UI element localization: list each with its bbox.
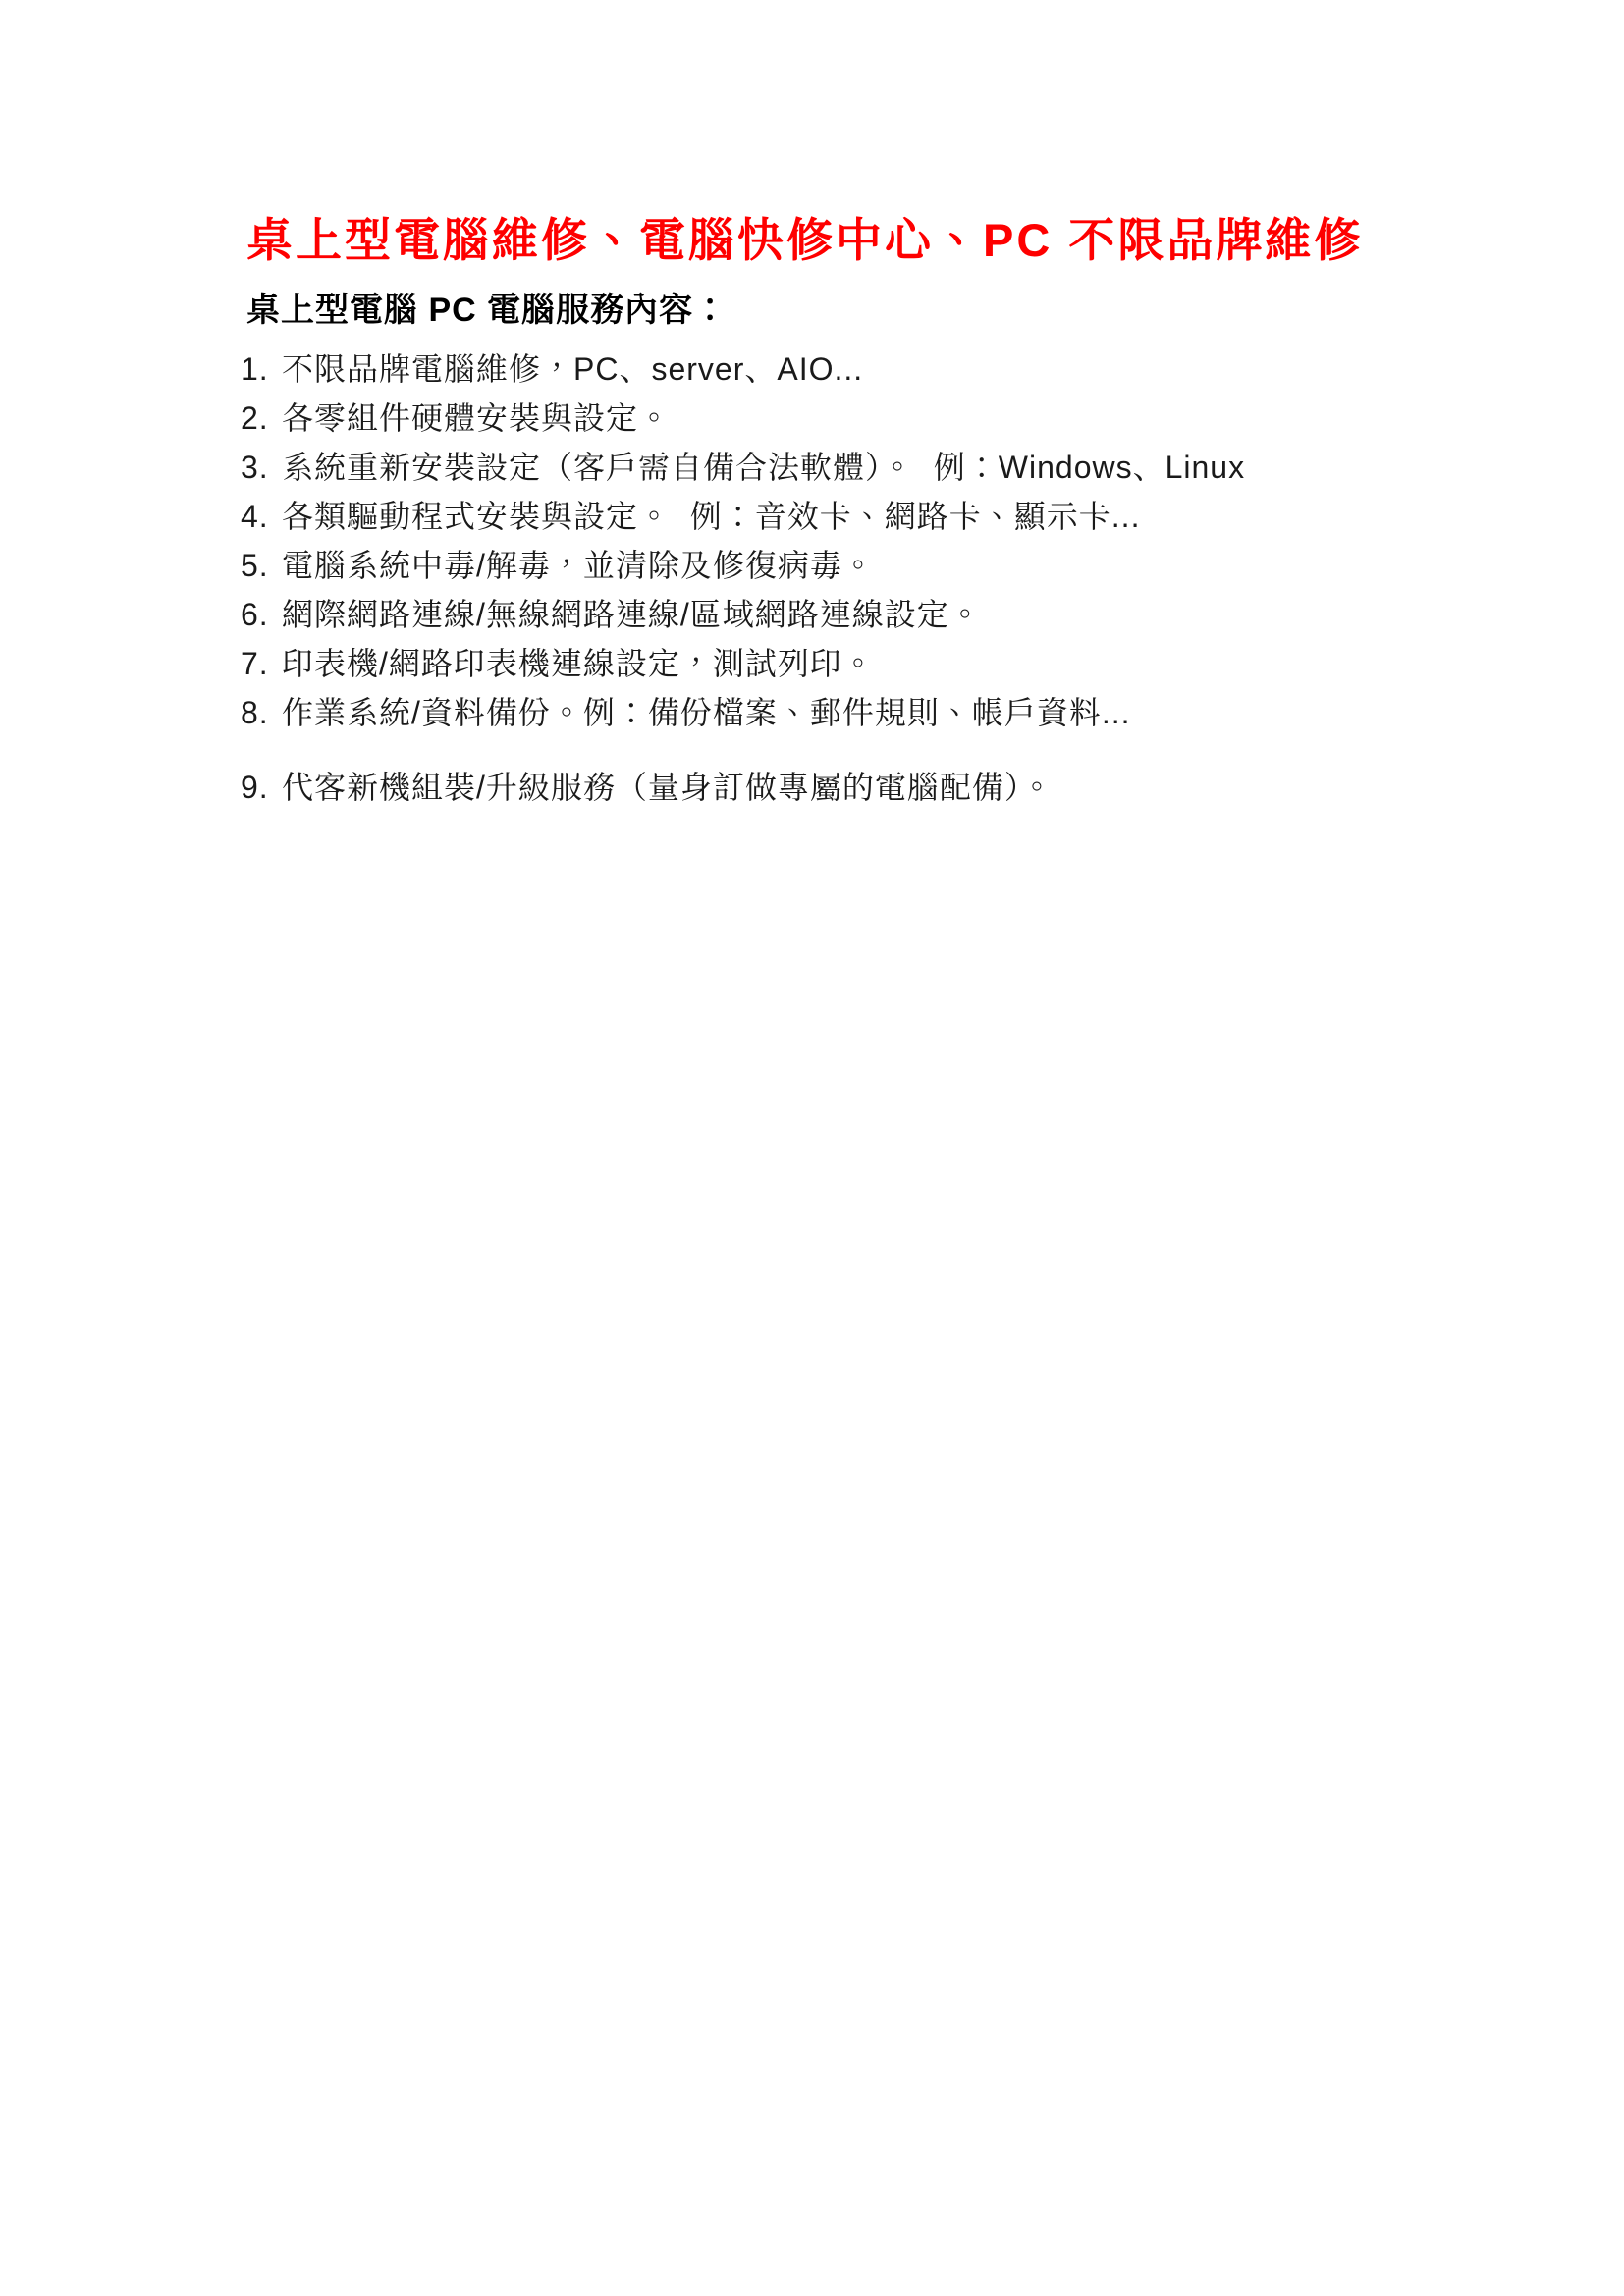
list-item-text: 各零組件硬體安裝與設定。 bbox=[282, 394, 671, 443]
list-item: 4. 各類驅動程式安裝與設定。 例：音效卡、網路卡、顯示卡... bbox=[241, 492, 1477, 541]
list-item-number: 5. bbox=[241, 541, 282, 590]
list-item: 2. 各零組件硬體安裝與設定。 bbox=[241, 394, 1477, 443]
list-item-text: 不限品牌電腦維修，PC、server、AIO... bbox=[282, 345, 863, 394]
page-title: 桌上型電腦維修、電腦快修中心、PC 不限品牌維修 bbox=[246, 214, 1477, 267]
list-item: 6. 網際網路連線/無線網路連線/區域網路連線設定。 bbox=[241, 590, 1477, 639]
list-item-number: 4. bbox=[241, 492, 282, 541]
list-item-number: 3. bbox=[241, 443, 282, 492]
list-item-text: 各類驅動程式安裝與設定。 例：音效卡、網路卡、顯示卡... bbox=[282, 492, 1140, 541]
list-item-number: 6. bbox=[241, 590, 282, 639]
list-item-text: 網際網路連線/無線網路連線/區域網路連線設定。 bbox=[282, 590, 982, 639]
list-item: 5. 電腦系統中毒/解毒，並清除及修復病毒。 bbox=[241, 541, 1477, 590]
list-item-number: 1. bbox=[241, 345, 282, 394]
list-item-number: 9. bbox=[241, 763, 282, 812]
list-item: 1. 不限品牌電腦維修，PC、server、AIO... bbox=[241, 345, 1477, 394]
list-item-text: 系統重新安裝設定（客戶需自備合法軟體）。 例：Windows、Linux bbox=[282, 443, 1245, 492]
list-item-number: 8. bbox=[241, 688, 282, 737]
list-item-text: 電腦系統中毒/解毒，並清除及修復病毒。 bbox=[282, 541, 875, 590]
section-heading: 桌上型電腦 PC 電腦服務內容： bbox=[246, 291, 1477, 331]
list-item-text: 代客新機組裝/升級服務（量身訂做專屬的電腦配備）。 bbox=[282, 763, 1054, 812]
list-item-number: 2. bbox=[241, 394, 282, 443]
list-item-number: 7. bbox=[241, 639, 282, 688]
list-item: 8. 作業系統/資料備份。例：備份檔案、郵件規則、帳戶資料... bbox=[241, 688, 1477, 737]
document-page: 桌上型電腦維修、電腦快修中心、PC 不限品牌維修 桌上型電腦 PC 電腦服務內容… bbox=[0, 0, 1624, 2296]
list-item: 9. 代客新機組裝/升級服務（量身訂做專屬的電腦配備）。 bbox=[241, 763, 1477, 812]
service-list: 1. 不限品牌電腦維修，PC、server、AIO... 2. 各零組件硬體安裝… bbox=[241, 345, 1477, 812]
list-item-text: 作業系統/資料備份。例：備份檔案、郵件規則、帳戶資料... bbox=[282, 688, 1131, 737]
list-item: 3. 系統重新安裝設定（客戶需自備合法軟體）。 例：Windows、Linux bbox=[241, 443, 1477, 492]
document-content: 桌上型電腦維修、電腦快修中心、PC 不限品牌維修 桌上型電腦 PC 電腦服務內容… bbox=[0, 0, 1624, 812]
list-item: 7. 印表機/網路印表機連線設定，測試列印。 bbox=[241, 639, 1477, 688]
list-item-text: 印表機/網路印表機連線設定，測試列印。 bbox=[282, 639, 875, 688]
